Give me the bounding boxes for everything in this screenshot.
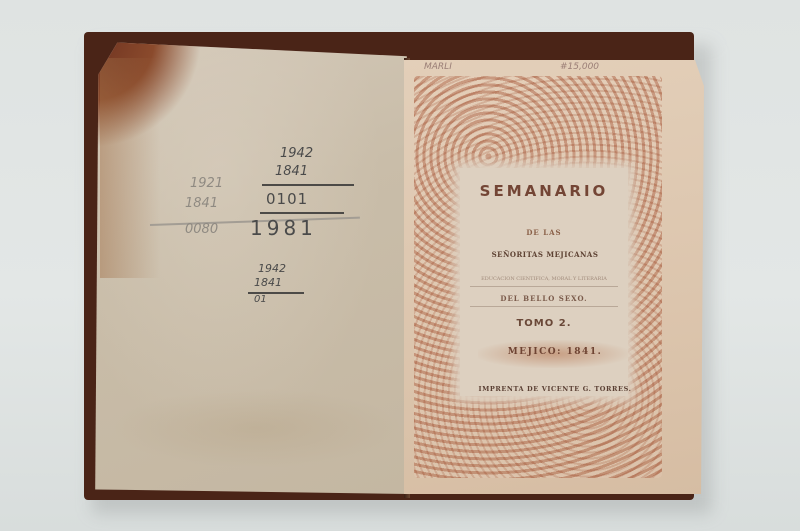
pencil-rule	[260, 212, 344, 214]
imprint-place-year: MEJICO: 1841.	[470, 347, 640, 357]
imprint-printer: IMPRENTA DE VICENTE G. TORRES.	[450, 385, 660, 393]
pencil-0101: 0101	[266, 190, 308, 208]
pencil-faint-1921: 1921	[190, 176, 223, 191]
water-stain	[112, 388, 402, 468]
pencil-1841-b: 1841	[254, 276, 282, 289]
pencil-1841-a: 1841	[275, 164, 308, 179]
pencil-faint-1841: 1841	[185, 196, 218, 211]
subtitle-de-las: DE LAS	[460, 228, 628, 237]
pencil-01: 01	[254, 294, 267, 305]
pencil-note-marli: MARLI	[424, 62, 452, 72]
pencil-faint-0080: 0080	[185, 222, 218, 237]
title-rule	[470, 286, 618, 287]
pencil-1981: 1981	[250, 216, 317, 240]
subtitle-dedication: EDUCACION CIENTIFICA, MORAL Y LITERARIA	[460, 276, 628, 282]
volume-label: TOMO 2.	[460, 318, 628, 329]
pencil-1942-b: 1942	[258, 262, 286, 275]
title-rule	[470, 306, 618, 307]
title-semanario: SEMANARIO	[460, 182, 628, 200]
pencil-rule	[262, 184, 354, 186]
subtitle-senoritas: SEÑORITAS MEJICANAS	[440, 250, 650, 259]
pencil-1942-a: 1942	[280, 146, 313, 161]
left-endpaper	[92, 38, 410, 494]
subtitle-bello-sexo: DEL BELLO SEXO.	[460, 294, 628, 303]
book-photo: 1942 1841 0101 1921 1841 0080 1981 1942 …	[0, 0, 800, 531]
pencil-note-price: #15,000	[560, 62, 599, 72]
edge-stain	[100, 58, 160, 278]
